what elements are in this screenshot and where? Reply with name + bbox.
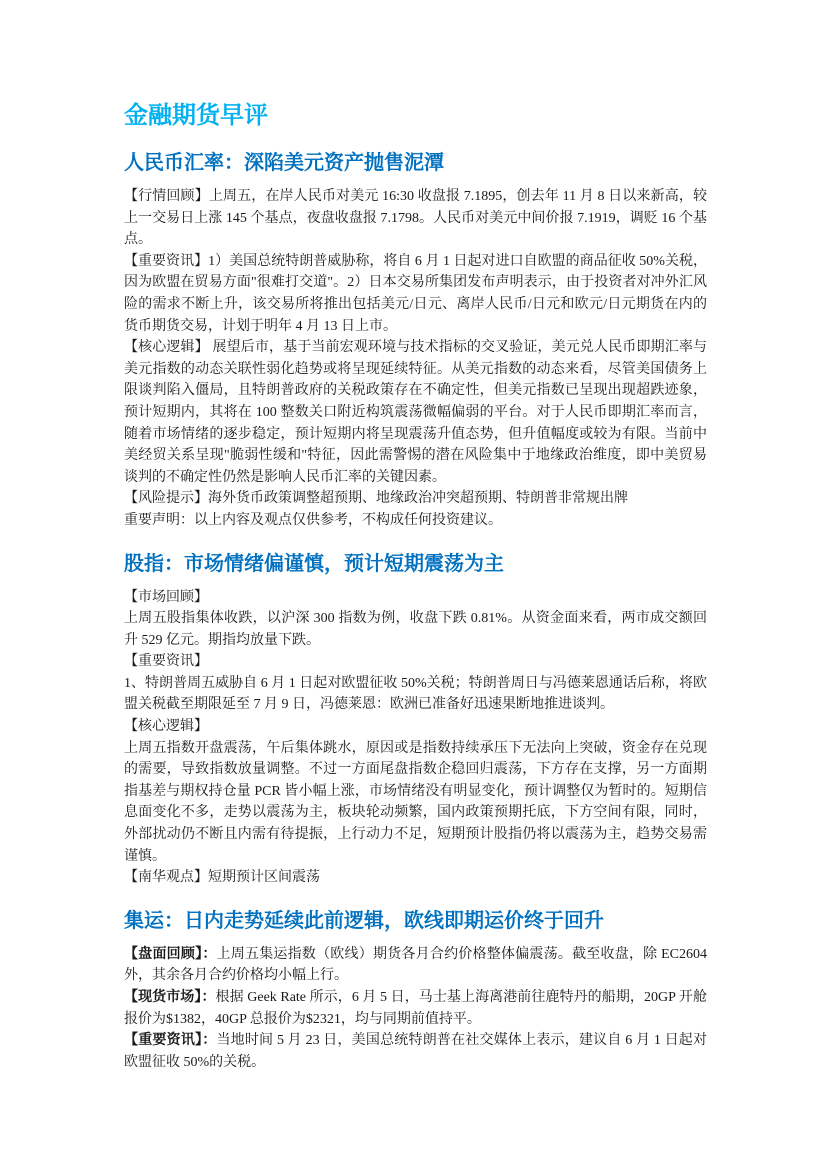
para-label: 【风险提示】 xyxy=(124,491,208,506)
section-container-shipping: 集运：日内走势延续此前逻辑，欧线即期运价终于回升 【盘面回顾】：上周五集运指数（… xyxy=(124,908,707,1074)
para-label: 【市场回顾】 xyxy=(124,587,707,609)
para-market-recap: 【行情回顾】上周五，在岸人民币对美元 16:30 收盘报 7.1895，创去年 … xyxy=(124,186,707,251)
section-body-container-shipping: 【盘面回顾】：上周五集运指数（欧线）期货各月合约价格整体偏震荡。截至收盘，除 E… xyxy=(124,944,707,1074)
section-rmb-fx: 人民币汇率：深陷美元资产抛售泥潭 【行情回顾】上周五，在岸人民币对美元 16:3… xyxy=(124,150,707,532)
para-text: 上周五股指集体收跌，以沪深 300 指数为例，收盘下跌 0.81%。从资金面来看… xyxy=(124,611,707,648)
para-core-logic: 【核心逻辑】上周五指数开盘震荡，午后集体跳水，原因或是指数持续承压下无法向上突破… xyxy=(124,716,707,867)
para-risk-warning: 【风险提示】海外货币政策调整超预期、地缘政治冲突超预期、特朗普非常规出牌 xyxy=(124,488,707,510)
para-core-logic: 【核心逻辑】 展望后市，基于当前宏观环境与技术指标的交叉验证，美元兑人民币即期汇… xyxy=(124,337,707,488)
section-stock-index: 股指：市场情绪偏谨慎，预计短期震荡为主 【市场回顾】上周五股指集体收跌，以沪深 … xyxy=(124,551,707,889)
para-text: 短期预计区间震荡 xyxy=(208,870,320,885)
para-text: 海外货币政策调整超预期、地缘政治冲突超预期、特朗普非常规出牌 xyxy=(208,491,628,506)
document-title: 金融期货早评 xyxy=(124,100,707,131)
para-label: 【现货市场】： xyxy=(124,990,216,1005)
para-label: 【重要资讯】： xyxy=(124,1033,216,1048)
section-body-rmb-fx: 【行情回顾】上周五，在岸人民币对美元 16:30 收盘报 7.1895，创去年 … xyxy=(124,186,707,532)
para-label: 【核心逻辑】 xyxy=(124,340,209,355)
para-label: 【南华观点】 xyxy=(124,870,208,885)
para-text: 展望后市，基于当前宏观环境与技术指标的交叉验证，美元兑人民币即期汇率与美元指数的… xyxy=(124,340,707,485)
section-heading-rmb-fx: 人民币汇率：深陷美元资产抛售泥潭 xyxy=(124,150,707,177)
para-text: 1）美国总统特朗普威胁称，将自 6 月 1 日起对进口自欧盟的商品征收 50%关… xyxy=(124,254,707,334)
para-text: 上周五，在岸人民币对美元 16:30 收盘报 7.1895，创去年 11 月 8… xyxy=(124,189,707,247)
para-key-news: 【重要资讯】1）美国总统特朗普威胁称，将自 6 月 1 日起对进口自欧盟的商品征… xyxy=(124,251,707,337)
para-label: 【行情回顾】 xyxy=(124,189,209,204)
para-label: 【核心逻辑】 xyxy=(124,716,707,738)
para-disclaimer: 重要声明：以上内容及观点仅供参考，不构成任何投资建议。 xyxy=(124,510,707,532)
para-board-recap: 【盘面回顾】：上周五集运指数（欧线）期货各月合约价格整体偏震荡。截至收盘，除 E… xyxy=(124,944,707,987)
para-label: 【重要资讯】 xyxy=(124,254,208,269)
para-key-news: 【重要资讯】：当地时间 5 月 23 日，美国总统特朗普在社交媒体上表示，建议自… xyxy=(124,1030,707,1073)
para-spot-market: 【现货市场】：根据 Geek Rate 所示，6 月 5 日，马士基上海离港前往… xyxy=(124,987,707,1030)
section-heading-container-shipping: 集运：日内走势延续此前逻辑，欧线即期运价终于回升 xyxy=(124,908,707,935)
para-text: 1、特朗普周五威胁自 6 月 1 日起对欧盟征收 50%关税；特朗普周日与冯德莱… xyxy=(124,676,707,713)
para-text: 上周五指数开盘震荡，午后集体跳水，原因或是指数持续承压下无法向上突破，资金存在兑… xyxy=(124,741,707,864)
section-heading-stock-index: 股指：市场情绪偏谨慎，预计短期震荡为主 xyxy=(124,551,707,578)
section-body-stock-index: 【市场回顾】上周五股指集体收跌，以沪深 300 指数为例，收盘下跌 0.81%。… xyxy=(124,587,707,889)
para-market-review: 【市场回顾】上周五股指集体收跌，以沪深 300 指数为例，收盘下跌 0.81%。… xyxy=(124,587,707,652)
para-text: 重要声明：以上内容及观点仅供参考，不构成任何投资建议。 xyxy=(124,513,502,528)
para-label: 【盘面回顾】： xyxy=(124,947,217,962)
para-label: 【重要资讯】 xyxy=(124,651,707,673)
document-page: 金融期货早评 人民币汇率：深陷美元资产抛售泥潭 【行情回顾】上周五，在岸人民币对… xyxy=(0,0,826,1169)
para-nanhua-view: 【南华观点】短期预计区间震荡 xyxy=(124,867,707,889)
para-key-news: 【重要资讯】1、特朗普周五威胁自 6 月 1 日起对欧盟征收 50%关税；特朗普… xyxy=(124,651,707,716)
